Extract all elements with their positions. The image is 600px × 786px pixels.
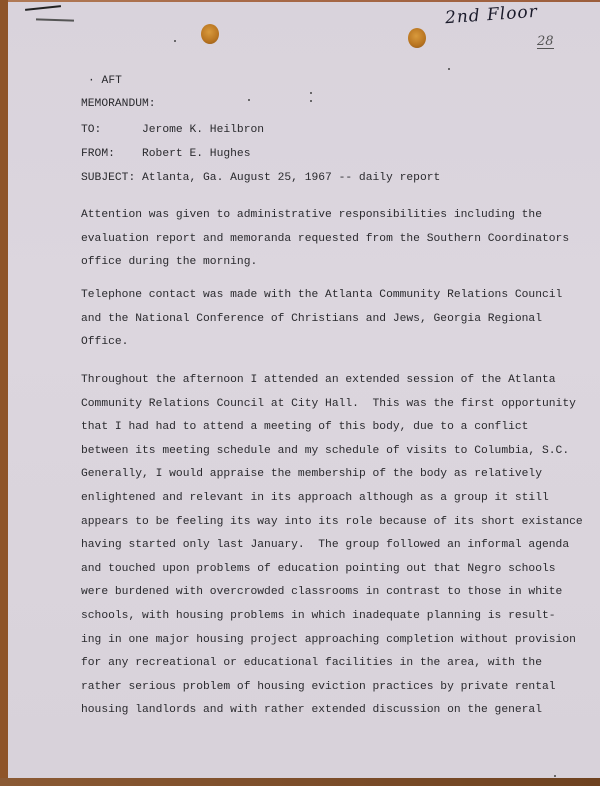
ink-speck — [448, 68, 450, 70]
punch-hole-right — [408, 28, 426, 48]
text-line: for any recreational or educational faci… — [81, 657, 542, 669]
text-line: Generally, I would appraise the membersh… — [81, 468, 542, 480]
text-line: office during the morning. — [81, 256, 257, 268]
from-value: Robert E. Hughes — [142, 148, 250, 160]
text-line: and touched upon problems of education p… — [81, 563, 556, 575]
text-line: Community Relations Council at City Hall… — [81, 398, 576, 410]
text-line: between its meeting schedule and my sche… — [81, 445, 569, 457]
text-line: schools, with housing problems in which … — [81, 610, 556, 622]
to-label: TO: — [81, 124, 101, 136]
punch-hole-left — [201, 24, 219, 44]
text-line: evaluation report and memoranda requeste… — [81, 233, 569, 245]
text-line: rather serious problem of housing evicti… — [81, 681, 556, 693]
pen-stroke-mark — [36, 18, 74, 21]
draft-label: · AFT — [88, 75, 122, 87]
desk-surface-bottom — [0, 778, 600, 786]
to-value: Jerome K. Heilbron — [142, 124, 264, 136]
ink-speck — [174, 40, 176, 42]
text-line: housing landlords and with rather extend… — [81, 704, 542, 716]
text-line: appears to be feeling its way into its r… — [81, 516, 583, 528]
ink-speck — [554, 775, 556, 777]
text-line: having started only last January. The gr… — [81, 539, 569, 551]
subject-value: Atlanta, Ga. August 25, 1967 -- daily re… — [142, 172, 440, 184]
memo-heading: MEMORANDUM: — [81, 98, 156, 110]
ink-speck — [248, 99, 250, 101]
from-label: FROM: — [81, 148, 115, 160]
text-line: enlightened and relevant in its approach… — [81, 492, 549, 504]
page-number: 28 — [537, 35, 554, 49]
text-line: and the National Conference of Christian… — [81, 313, 542, 325]
handwritten-note: 2nd Floor — [444, 2, 538, 28]
text-line: Attention was given to administrative re… — [81, 209, 542, 221]
subject-label: SUBJECT: — [81, 172, 135, 184]
text-line: that I had had to attend a meeting of th… — [81, 421, 528, 433]
text-line: ing in one major housing project approac… — [81, 634, 576, 646]
ink-speck — [310, 100, 312, 102]
text-line: Telephone contact was made with the Atla… — [81, 289, 562, 301]
text-line: Office. — [81, 336, 128, 348]
pen-stroke-mark — [25, 5, 61, 10]
desk-surface-left — [0, 0, 8, 786]
ink-speck — [310, 92, 312, 94]
text-line: Throughout the afternoon I attended an e… — [81, 374, 556, 386]
text-line: were burdened with overcrowded classroom… — [81, 586, 562, 598]
memo-page: 2nd Floor 28 · AFT MEMORANDUM: TO: Jerom… — [8, 2, 600, 778]
